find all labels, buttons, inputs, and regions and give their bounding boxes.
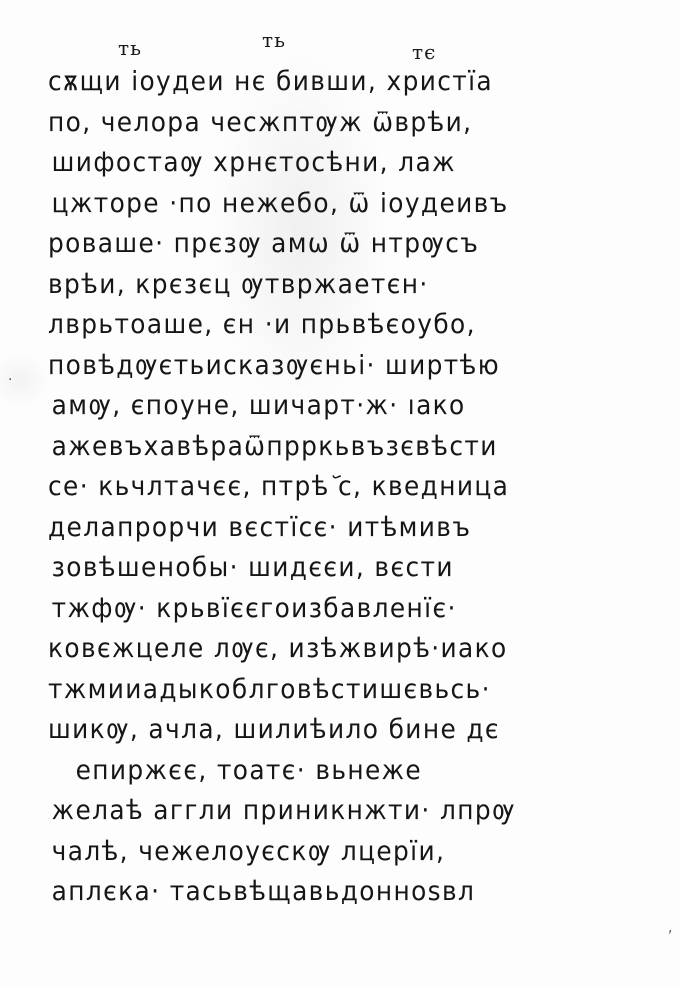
manuscript-line: врѣи, крєзєц ѹтвржаетєн· bbox=[48, 265, 609, 306]
manuscript-line: тжфѹ· крьвїєєгоизбавленїє· bbox=[48, 589, 609, 630]
manuscript-line: амѹ, єпоуне, шичарт·ж· ıако bbox=[48, 386, 609, 427]
manuscript-line: делапрорчи вєстїсє· итѣмивъ bbox=[48, 508, 609, 549]
manuscript-page: ть ть тє сѫщи іоудеи нє бивши, христїа п… bbox=[0, 0, 680, 987]
manuscript-line: епиржєє, тоатє· вьнеже bbox=[48, 751, 609, 792]
manuscript-line: лврьтоаше, єн ·и прьвѣєоубо, bbox=[48, 305, 609, 346]
manuscript-line: ажевъхавѣраѿпрркьвъзєвѣсти bbox=[48, 427, 609, 468]
manuscript-line: се· кьчлтачєє, птрѣ ᷃с, кведница bbox=[48, 467, 609, 508]
margin-smudge: · bbox=[8, 372, 12, 388]
manuscript-line: желаѣ аггли приникнжти· лпрѹ bbox=[48, 791, 609, 832]
manuscript-line: тжмииадыкоблговѣстишєвьсь· bbox=[48, 670, 609, 711]
manuscript-line: ковєжцеле лѹє, изѣжвирѣ·иако bbox=[48, 629, 609, 670]
text-block: сѫщи іоудеи нє бивши, христїа по, челора… bbox=[48, 62, 658, 913]
manuscript-line: сѫщи іоудеи нє бивши, христїа bbox=[48, 62, 609, 103]
manuscript-line: цжторе ·по нежебо, ѿ іоудеивъ bbox=[48, 184, 609, 225]
manuscript-line: шикѹ, ачла, шилиѣило бине дє bbox=[48, 710, 609, 751]
superscript-mark: ть bbox=[262, 28, 286, 52]
superscript-mark: тє bbox=[412, 40, 436, 64]
margin-mark: , bbox=[668, 920, 672, 936]
superscript-mark: ть bbox=[118, 36, 142, 60]
manuscript-line: шифостаѹ хрнєтосѣни, лаж bbox=[48, 143, 609, 184]
manuscript-line: роваше· прєзѹ амѡ ѿ нтрѹсъ bbox=[48, 224, 609, 265]
manuscript-line: по, челора чесжптѹж ѿврѣи, bbox=[48, 103, 609, 144]
manuscript-line: аплєка· тасьвѣщавьдонноѕвл bbox=[48, 872, 609, 913]
manuscript-line: чалѣ, чежелоуєскѹ лцерїи, bbox=[48, 832, 609, 873]
manuscript-line: повѣдѹєтьисказѹєньі· ширтѣю bbox=[48, 346, 609, 387]
manuscript-line: зовѣшенобы· шидєєи, вєсти bbox=[48, 548, 609, 589]
